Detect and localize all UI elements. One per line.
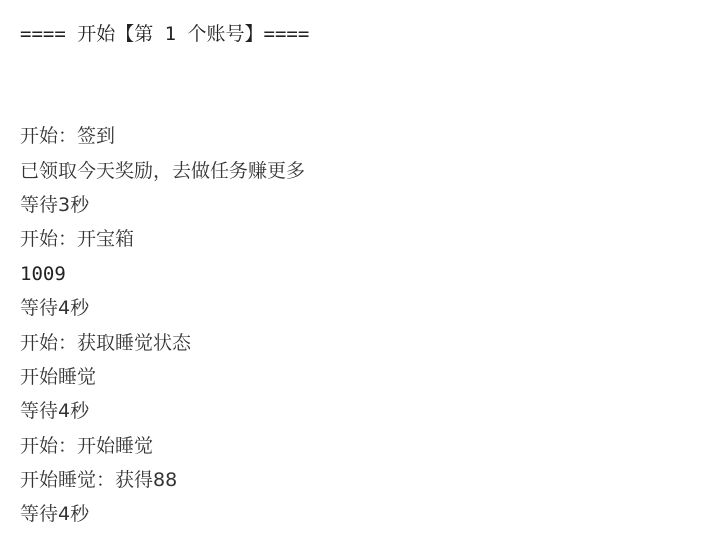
- log-line: 开始睡觉: [20, 365, 96, 389]
- log-line: 等待4秒: [20, 296, 89, 320]
- log-line: 开始：开始睡觉: [20, 434, 153, 458]
- account-header: ==== 开始【第 1 个账号】====: [20, 22, 309, 46]
- log-line: 等待4秒: [20, 502, 89, 526]
- log-line: 1009: [20, 262, 66, 286]
- log-line: 等待3秒: [20, 193, 89, 217]
- log-line: 开始睡觉：获得88: [20, 468, 177, 492]
- log-line: 开始：获取睡觉状态: [20, 331, 191, 355]
- log-line: 等待4秒: [20, 399, 89, 423]
- log-line: 已领取今天奖励，去做任务赚更多: [20, 159, 305, 183]
- log-line: 开始：开宝箱: [20, 227, 134, 251]
- log-line: 开始：签到: [20, 124, 115, 148]
